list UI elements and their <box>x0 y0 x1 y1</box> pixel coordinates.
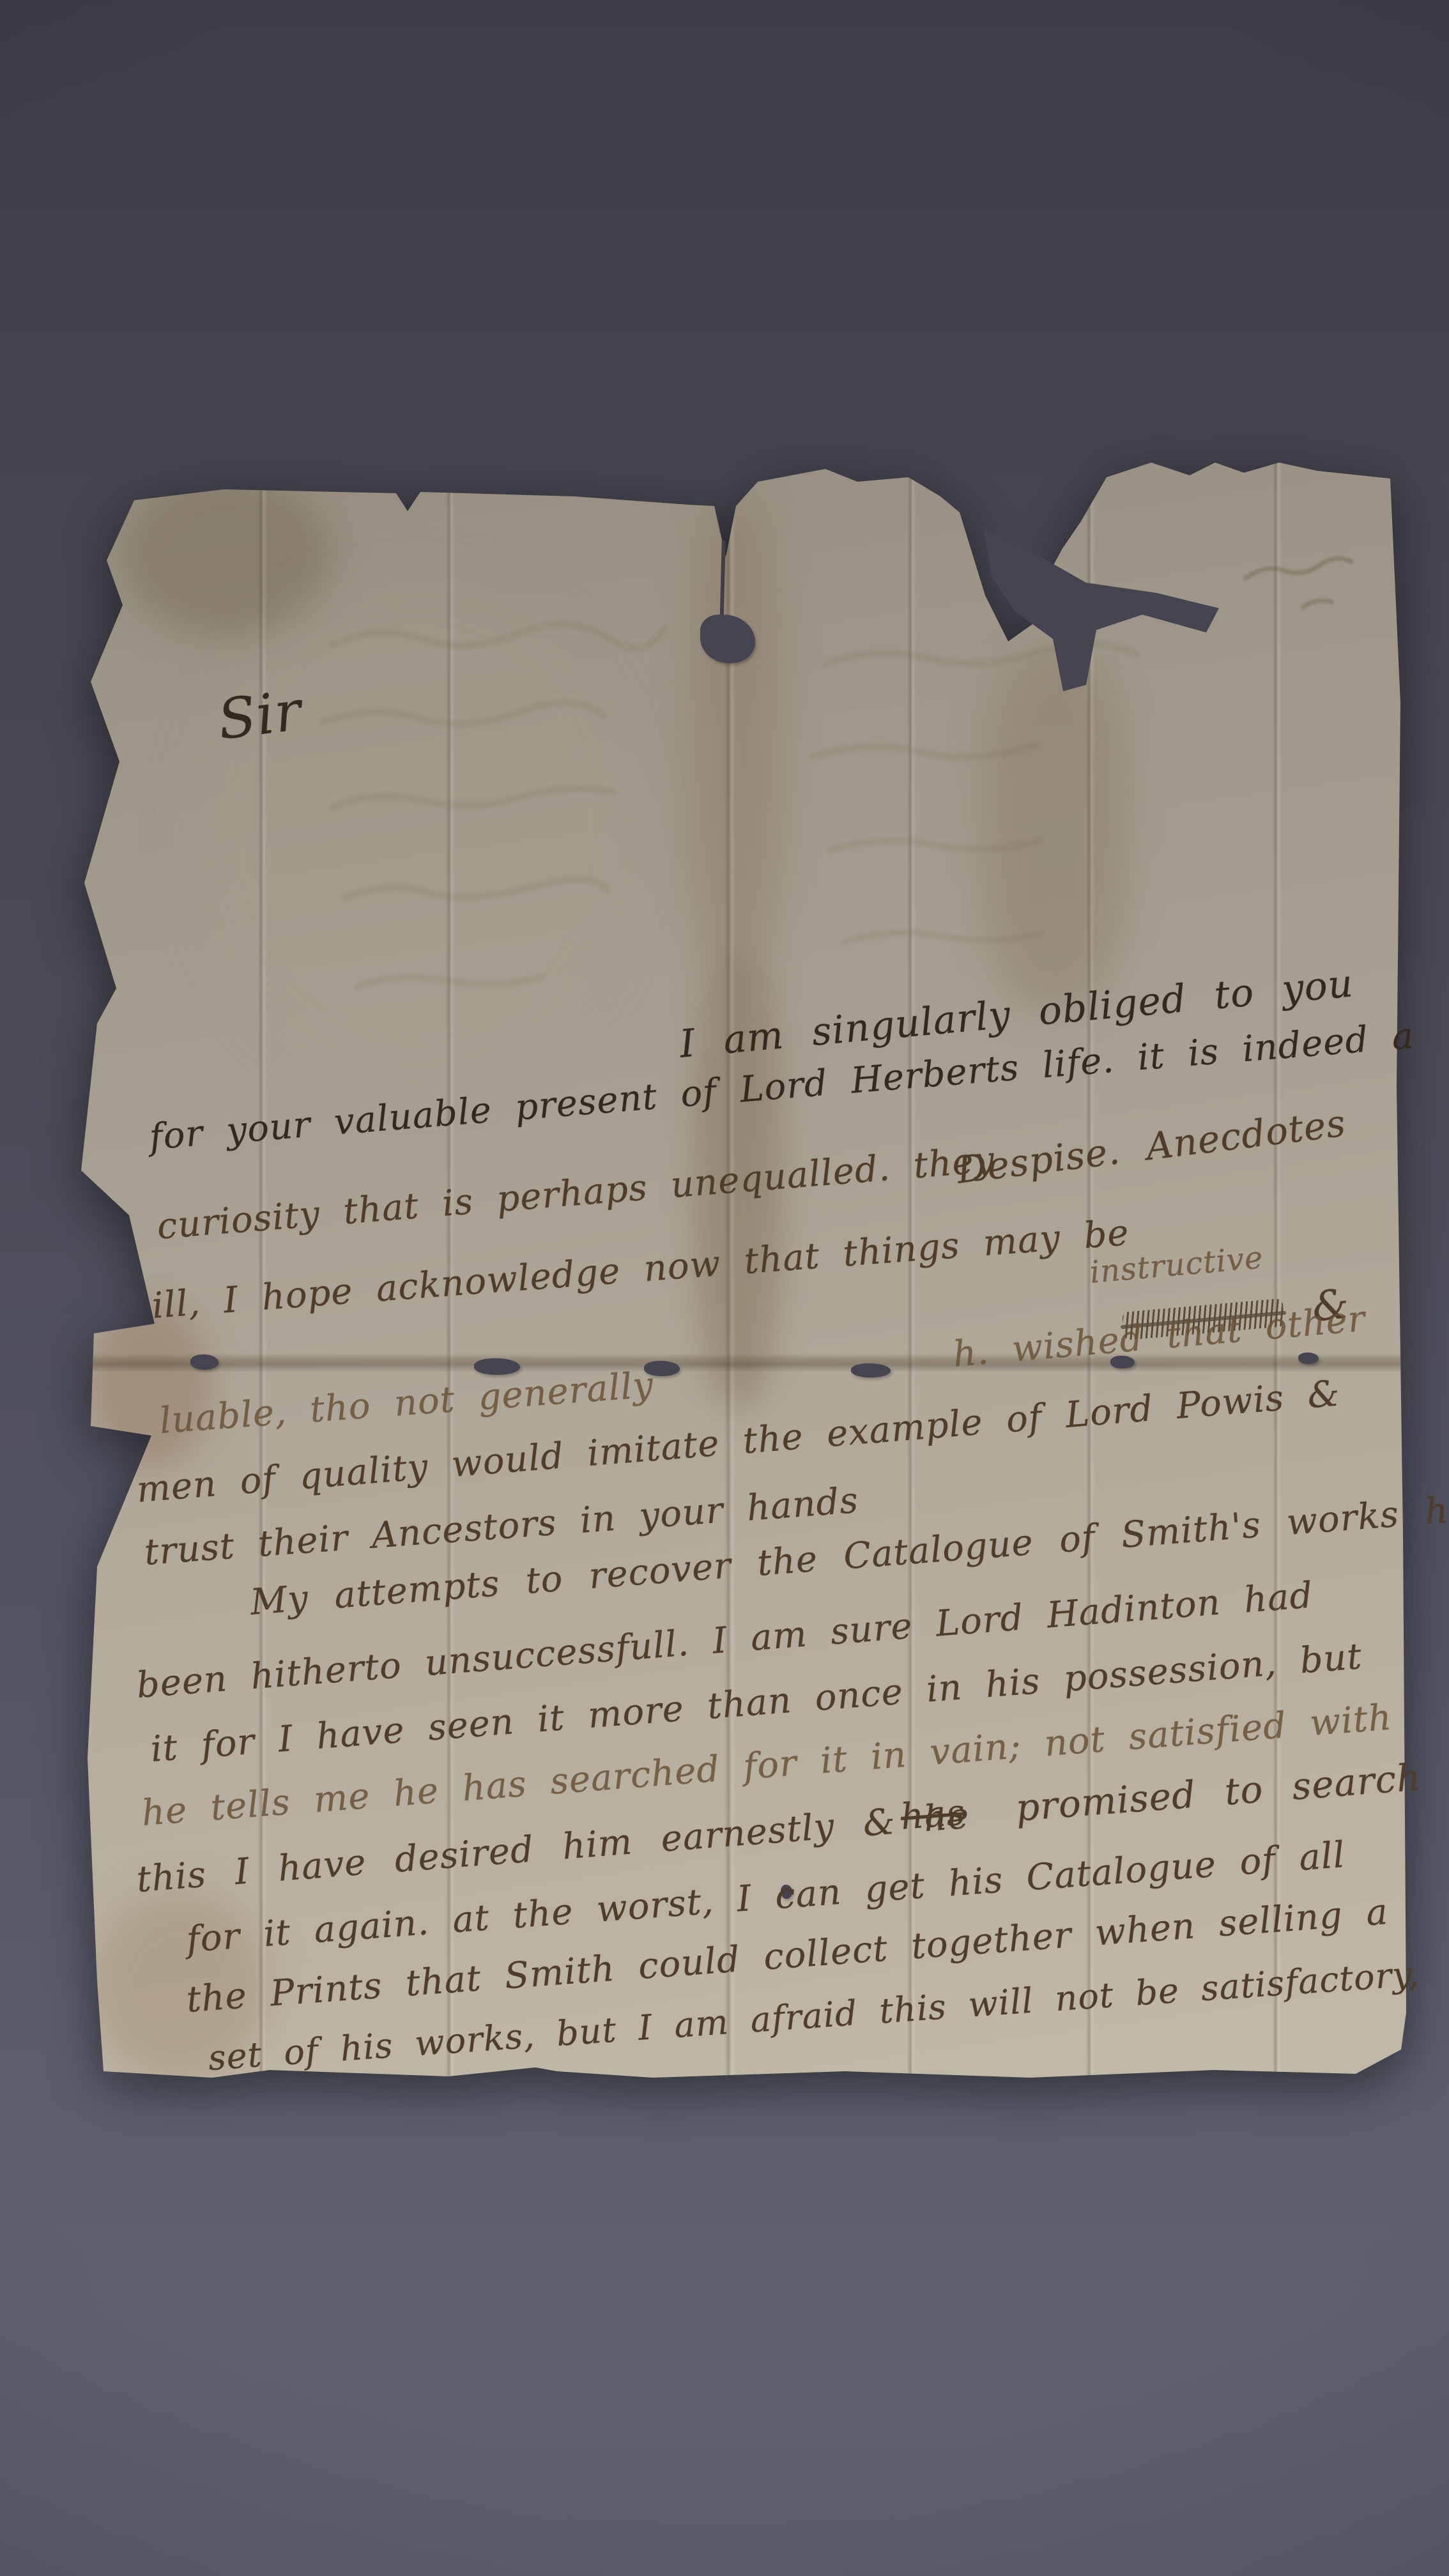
line-12-struck: has <box>900 1791 967 1838</box>
salutation: Sir <box>215 678 305 752</box>
line-12b: promised to search <box>1014 1755 1422 1830</box>
line-05a: luable, tho not generally <box>158 1364 655 1442</box>
handwriting-layer: SirI am singularly obliged to youfor you… <box>0 0 1449 2576</box>
line-03b: Despise. Anecdotes <box>954 1101 1348 1192</box>
letter-photograph: SirI am singularly obliged to youfor you… <box>0 0 1449 2576</box>
